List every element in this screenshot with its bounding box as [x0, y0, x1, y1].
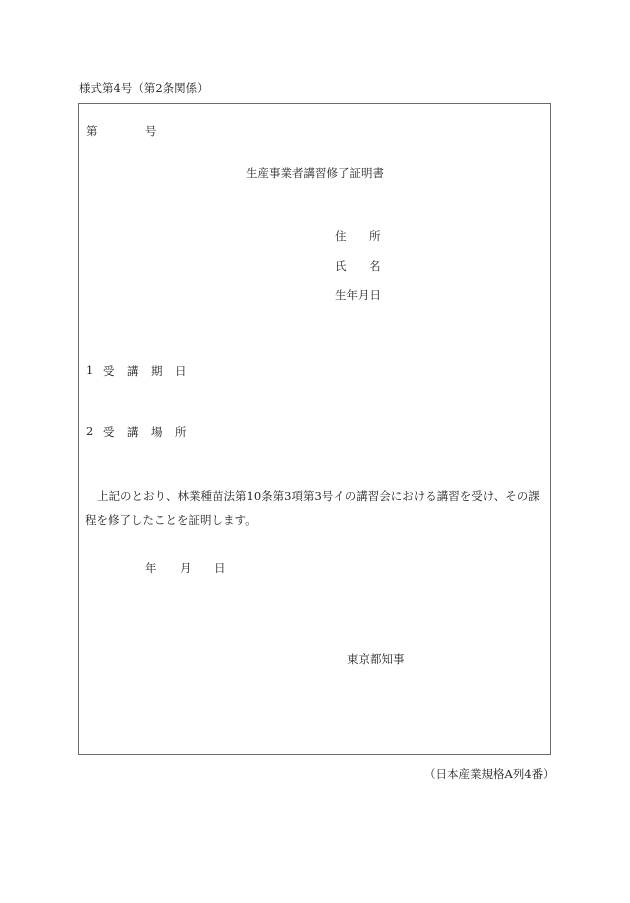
issuer-name: 東京都知事 [347, 651, 405, 667]
date-month-label: 月 [180, 560, 192, 576]
document-title: 生産事業者講習修了証明書 [246, 165, 384, 181]
item-2-char-4: 所 [175, 424, 187, 440]
address-label-1: 住 [335, 228, 347, 244]
name-label-1: 氏 [335, 258, 347, 274]
item-2-char-2: 講 [127, 424, 139, 440]
certificate-number-suffix: 号 [145, 123, 157, 139]
birthdate-label: 生年月日 [335, 287, 381, 303]
certificate-number-prefix: 第 [86, 123, 98, 139]
item-2-char-3: 場 [151, 424, 163, 440]
item-1-char-4: 日 [175, 363, 187, 379]
item-2-number: 2 [86, 424, 93, 438]
date-day-label: 日 [214, 560, 226, 576]
item-2-char-1: 受 [103, 424, 115, 440]
item-1-char-3: 期 [151, 363, 163, 379]
item-1-char-1: 受 [103, 363, 115, 379]
paper-size-note: （日本産業規格A列4番） [424, 766, 555, 782]
name-label-2: 名 [369, 258, 381, 274]
form-number-label: 様式第4号（第2条関係） [79, 80, 209, 96]
certificate-frame [78, 103, 551, 755]
certification-statement: 上記のとおり、林業種苗法第10条第3項第3号イの講習会における講習を受け、その課… [85, 484, 545, 532]
item-1-number: 1 [86, 363, 93, 377]
address-label-2: 所 [369, 228, 381, 244]
certification-text: 上記のとおり、林業種苗法第10条第3項第3号イの講習会における講習を受け、その課… [85, 489, 540, 527]
item-1-char-2: 講 [127, 363, 139, 379]
date-year-label: 年 [145, 560, 157, 576]
